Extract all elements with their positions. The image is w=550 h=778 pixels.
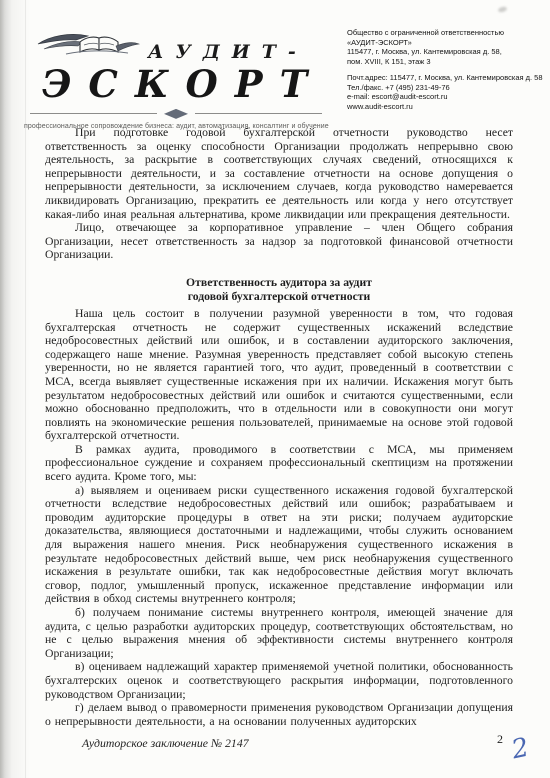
logo-divider	[30, 109, 322, 119]
company-postal-address: Почт.адрес: 115477, г. Москва, ул. Канте…	[347, 73, 545, 83]
paragraph-auditor-objective: Наша цель состоит в получении разумной у…	[45, 307, 513, 443]
company-phone: Тел./факс. +7 (495) 231-49-76	[347, 83, 545, 93]
paragraph-item-g: г) делаем вывод о правомерности применен…	[45, 701, 513, 728]
logo-wordmark-line1: АУДИТ-	[148, 41, 308, 63]
company-website: www.audit-escort.ru	[347, 102, 545, 112]
paper-crease-line	[25, 0, 26, 778]
section-heading-line1: Ответственность аудитора за аудит	[45, 276, 513, 291]
paragraph-item-v: в) оцениваем надлежащий характер применя…	[45, 660, 513, 701]
paragraph-item-b: б) получаем понимание системы внутреннег…	[45, 606, 513, 660]
company-address-line2: пом. XVIII, К 151, этаж 3	[347, 57, 545, 67]
handwritten-page-mark: 2	[509, 735, 531, 764]
company-email: e-mail: escort@audit-escort.ru	[347, 92, 545, 102]
company-legal-form: Общество с ограниченной ответственностью	[347, 28, 545, 38]
section-heading: Ответственность аудитора за аудит годово…	[45, 276, 513, 305]
paragraph-governance-responsibility: Лицо, отвечающее за корпоративное управл…	[45, 221, 513, 262]
open-book-swoosh-icon	[36, 30, 140, 65]
section-heading-line2: годовой бухгалтерской отчетности	[45, 290, 513, 305]
footer-report-label: Аудиторское заключение № 2147	[82, 736, 249, 751]
paragraph-item-a: а) выявляем и оцениваем риски существенн…	[45, 484, 513, 606]
company-info-block: Общество с ограниченной ответственностью…	[347, 28, 545, 112]
diamond-icon	[164, 109, 188, 119]
company-address-line1: 115477, г. Москва, ул. Кантемировская д.…	[347, 47, 545, 57]
paragraph-professional-judgement: В рамках аудита, проводимого в соответст…	[45, 443, 513, 484]
scanned-audit-report-page: АУДИТ- ЭСКОРТ профессиональное сопровожд…	[0, 0, 550, 778]
divider-line-right	[195, 113, 322, 114]
logo-wordmark-line2: ЭСКОРТ	[30, 65, 335, 104]
paragraph-management-going-concern: При подготовке годовой бухгалтерской отч…	[45, 126, 513, 221]
scan-smudge	[498, 6, 508, 13]
company-name: «АУДИТ-ЭСКОРТ»	[347, 38, 545, 48]
divider-line-left	[30, 113, 157, 114]
letterhead-logo-block: АУДИТ- ЭСКОРТ профессиональное сопровожд…	[30, 30, 335, 130]
logo-top-row: АУДИТ-	[30, 30, 335, 63]
document-body: При подготовке годовой бухгалтерской отч…	[45, 126, 513, 747]
